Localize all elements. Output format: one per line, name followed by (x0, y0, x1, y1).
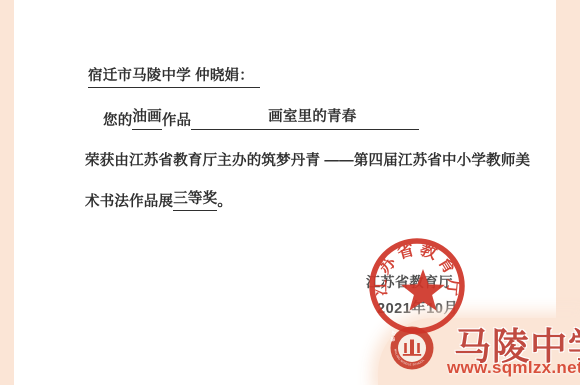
left-border-stripe (0, 0, 14, 385)
blank-underline-right (356, 126, 419, 130)
medium-label: 油画 (132, 105, 161, 130)
stamp-star-icon (401, 269, 445, 311)
award-body-line-2: 术书法作品展 三等奖 。 (85, 187, 232, 211)
period: 。 (217, 190, 232, 211)
your-label: 您的 (103, 109, 132, 130)
award-grade: 三等奖 (173, 187, 217, 211)
work-label: 作品 (162, 109, 191, 130)
blank-underline-left (191, 126, 268, 130)
work-title: 画室里的青春 (268, 105, 356, 130)
work-line: 您的 油画 作品 画室里的青春 (103, 105, 419, 130)
school-website: www.sqmlzx.net (447, 358, 580, 378)
recipient-name: 宿迁市马陵中学 仲晓娟： (88, 68, 260, 88)
certificate-page: 宿迁市马陵中学 仲晓娟： 您的 油画 作品 画室里的青春 荣获由江苏省教育厅主办… (0, 0, 580, 385)
exhibition-label: 术书法作品展 (85, 190, 173, 211)
official-stamp: 江苏省教育厅 (364, 234, 470, 340)
award-body-line-1: 荣获由江苏省教育厅主办的筑梦丹青 ——第四届江苏省中小学教师美 (85, 149, 530, 170)
recipient-line: 宿迁市马陵中学 仲晓娟： (88, 64, 260, 85)
